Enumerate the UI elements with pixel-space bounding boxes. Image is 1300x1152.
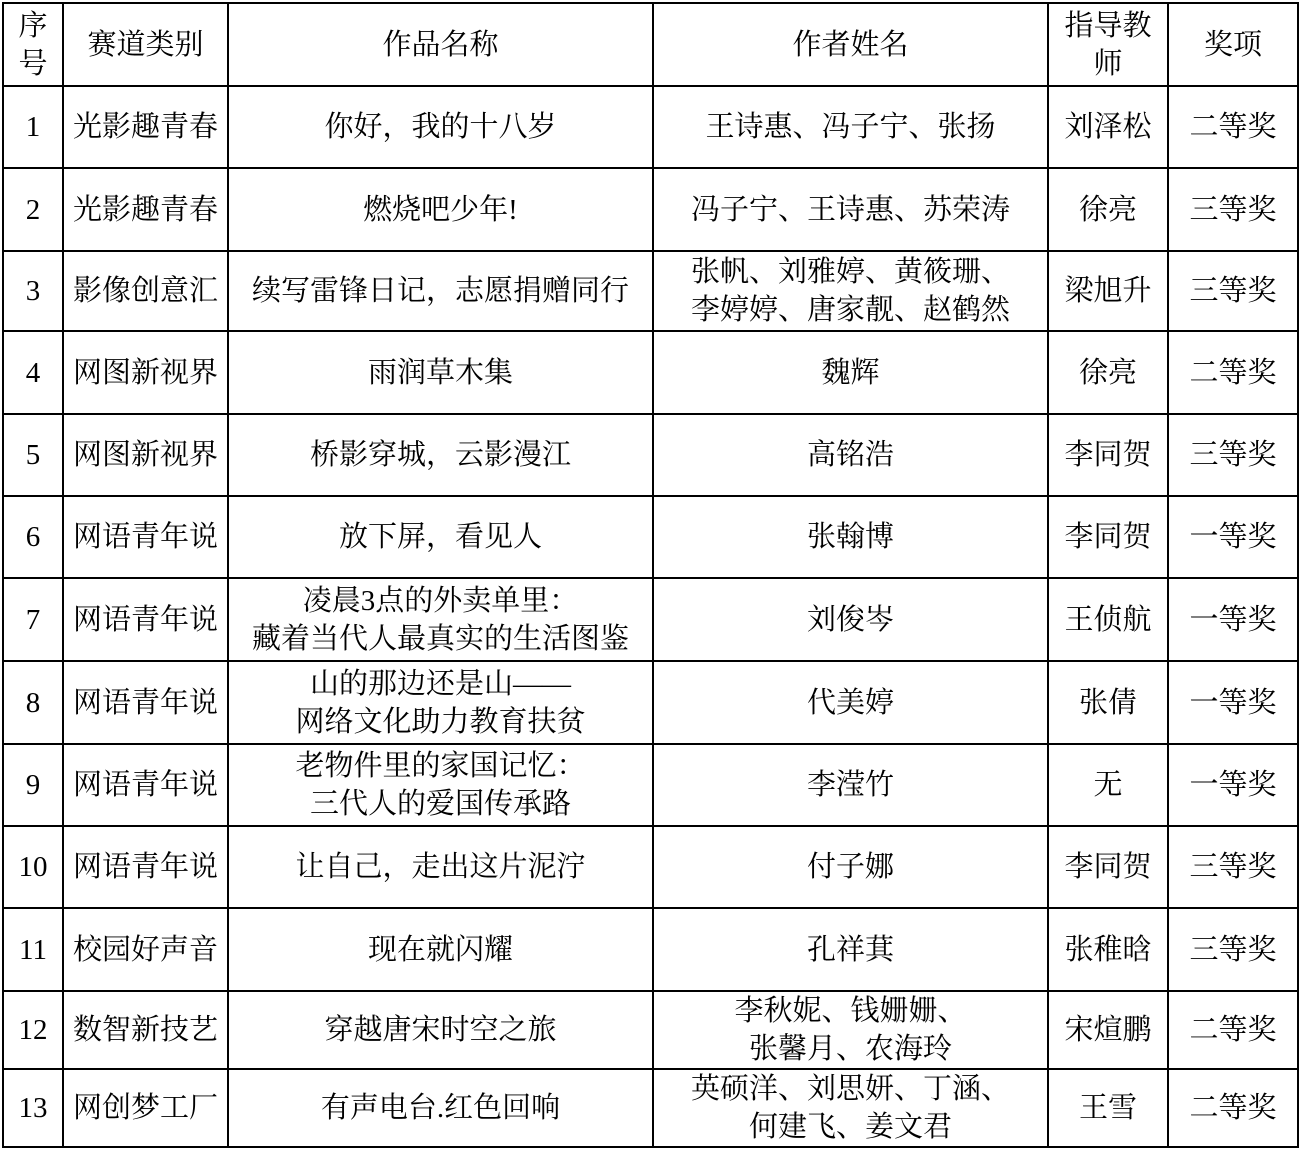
cell-category: 网图新视界: [63, 414, 228, 496]
cell-title: 雨润草木集: [228, 331, 653, 414]
cell-title: 穿越唐宋时空之旅: [228, 991, 653, 1069]
cell-category: 网语青年说: [63, 661, 228, 744]
cell-teacher: 张稚晗: [1048, 908, 1168, 991]
cell-index: 13: [3, 1069, 63, 1147]
cell-teacher: 徐亮: [1048, 168, 1168, 251]
cell-teacher: 宋煊鹏: [1048, 991, 1168, 1069]
col-header-authors: 作者姓名: [653, 3, 1048, 86]
cell-award: 二等奖: [1168, 991, 1298, 1069]
cell-award: 一等奖: [1168, 661, 1298, 744]
cell-teacher: 徐亮: [1048, 331, 1168, 414]
cell-award: 一等奖: [1168, 578, 1298, 661]
col-header-category: 赛道类别: [63, 3, 228, 86]
cell-authors: 代美婷: [653, 661, 1048, 744]
cell-category: 光影趣青春: [63, 168, 228, 251]
cell-teacher: 无: [1048, 744, 1168, 826]
table-row: 3影像创意汇续写雷锋日记，志愿捐赠同行张帆、刘雅婷、黄筱珊、 李婷婷、唐家靓、赵…: [3, 251, 1298, 331]
cell-authors: 王诗惠、冯子宁、张扬: [653, 86, 1048, 168]
awards-table: 序号 赛道类别 作品名称 作者姓名 指导教师 奖项 1光影趣青春你好，我的十八岁…: [2, 2, 1299, 1148]
cell-title: 老物件里的家国记忆： 三代人的爱国传承路: [228, 744, 653, 826]
col-header-award: 奖项: [1168, 3, 1298, 86]
cell-teacher: 刘泽松: [1048, 86, 1168, 168]
col-header-index: 序号: [3, 3, 63, 86]
cell-index: 9: [3, 744, 63, 826]
cell-category: 网图新视界: [63, 331, 228, 414]
cell-index: 2: [3, 168, 63, 251]
cell-title: 让自己，走出这片泥泞: [228, 826, 653, 908]
table-body: 1光影趣青春你好，我的十八岁王诗惠、冯子宁、张扬刘泽松二等奖2光影趣青春燃烧吧少…: [3, 86, 1298, 1147]
table-row: 13网创梦工厂有声电台.红色回响英硕洋、刘思妍、丁涵、 何建飞、姜文君王雪二等奖: [3, 1069, 1298, 1147]
cell-authors: 李秋妮、钱姗姗、 张馨月、农海玲: [653, 991, 1048, 1069]
cell-index: 10: [3, 826, 63, 908]
awards-table-page: 序号 赛道类别 作品名称 作者姓名 指导教师 奖项 1光影趣青春你好，我的十八岁…: [0, 2, 1300, 1152]
cell-title: 桥影穿城，云影漫江: [228, 414, 653, 496]
col-header-title: 作品名称: [228, 3, 653, 86]
table-row: 8网语青年说山的那边还是山—— 网络文化助力教育扶贫代美婷张倩一等奖: [3, 661, 1298, 744]
cell-authors: 李滢竹: [653, 744, 1048, 826]
cell-authors: 张帆、刘雅婷、黄筱珊、 李婷婷、唐家靓、赵鹤然: [653, 251, 1048, 331]
cell-category: 影像创意汇: [63, 251, 228, 331]
header-row: 序号 赛道类别 作品名称 作者姓名 指导教师 奖项: [3, 3, 1298, 86]
cell-category: 校园好声音: [63, 908, 228, 991]
cell-category: 光影趣青春: [63, 86, 228, 168]
cell-award: 三等奖: [1168, 908, 1298, 991]
cell-award: 二等奖: [1168, 331, 1298, 414]
cell-category: 数智新技艺: [63, 991, 228, 1069]
cell-title: 山的那边还是山—— 网络文化助力教育扶贫: [228, 661, 653, 744]
table-row: 1光影趣青春你好，我的十八岁王诗惠、冯子宁、张扬刘泽松二等奖: [3, 86, 1298, 168]
cell-category: 网语青年说: [63, 578, 228, 661]
cell-index: 7: [3, 578, 63, 661]
cell-award: 三等奖: [1168, 251, 1298, 331]
cell-authors: 付子娜: [653, 826, 1048, 908]
cell-teacher: 王侦航: [1048, 578, 1168, 661]
table-row: 11校园好声音现在就闪耀孔祥萁张稚晗三等奖: [3, 908, 1298, 991]
cell-title: 燃烧吧少年!: [228, 168, 653, 251]
cell-award: 二等奖: [1168, 1069, 1298, 1147]
cell-index: 12: [3, 991, 63, 1069]
cell-authors: 高铭浩: [653, 414, 1048, 496]
cell-title: 现在就闪耀: [228, 908, 653, 991]
cell-authors: 孔祥萁: [653, 908, 1048, 991]
cell-teacher: 李同贺: [1048, 414, 1168, 496]
cell-award: 二等奖: [1168, 86, 1298, 168]
cell-teacher: 李同贺: [1048, 826, 1168, 908]
cell-award: 三等奖: [1168, 826, 1298, 908]
cell-award: 三等奖: [1168, 414, 1298, 496]
table-row: 5网图新视界桥影穿城，云影漫江高铭浩李同贺三等奖: [3, 414, 1298, 496]
cell-title: 你好，我的十八岁: [228, 86, 653, 168]
cell-award: 三等奖: [1168, 168, 1298, 251]
cell-title: 凌晨3点的外卖单里： 藏着当代人最真实的生活图鉴: [228, 578, 653, 661]
cell-authors: 刘俊岑: [653, 578, 1048, 661]
cell-title: 续写雷锋日记，志愿捐赠同行: [228, 251, 653, 331]
table-row: 9网语青年说老物件里的家国记忆： 三代人的爱国传承路李滢竹无一等奖: [3, 744, 1298, 826]
table-row: 2光影趣青春燃烧吧少年!冯子宁、王诗惠、苏荣涛徐亮三等奖: [3, 168, 1298, 251]
cell-title: 有声电台.红色回响: [228, 1069, 653, 1147]
table-row: 6网语青年说放下屏，看见人张翰博李同贺一等奖: [3, 496, 1298, 578]
cell-index: 11: [3, 908, 63, 991]
table-row: 12数智新技艺穿越唐宋时空之旅李秋妮、钱姗姗、 张馨月、农海玲宋煊鹏二等奖: [3, 991, 1298, 1069]
cell-authors: 魏辉: [653, 331, 1048, 414]
cell-authors: 张翰博: [653, 496, 1048, 578]
table-row: 4网图新视界雨润草木集魏辉徐亮二等奖: [3, 331, 1298, 414]
cell-index: 5: [3, 414, 63, 496]
cell-teacher: 张倩: [1048, 661, 1168, 744]
cell-title: 放下屏，看见人: [228, 496, 653, 578]
cell-authors: 冯子宁、王诗惠、苏荣涛: [653, 168, 1048, 251]
cell-category: 网语青年说: [63, 496, 228, 578]
cell-category: 网语青年说: [63, 826, 228, 908]
cell-index: 1: [3, 86, 63, 168]
cell-authors: 英硕洋、刘思妍、丁涵、 何建飞、姜文君: [653, 1069, 1048, 1147]
cell-index: 6: [3, 496, 63, 578]
cell-teacher: 王雪: [1048, 1069, 1168, 1147]
cell-teacher: 梁旭升: [1048, 251, 1168, 331]
cell-teacher: 李同贺: [1048, 496, 1168, 578]
cell-category: 网创梦工厂: [63, 1069, 228, 1147]
col-header-teacher: 指导教师: [1048, 3, 1168, 86]
table-row: 7网语青年说凌晨3点的外卖单里： 藏着当代人最真实的生活图鉴刘俊岑王侦航一等奖: [3, 578, 1298, 661]
cell-award: 一等奖: [1168, 496, 1298, 578]
cell-index: 4: [3, 331, 63, 414]
cell-category: 网语青年说: [63, 744, 228, 826]
cell-award: 一等奖: [1168, 744, 1298, 826]
cell-index: 3: [3, 251, 63, 331]
table-row: 10网语青年说让自己，走出这片泥泞付子娜李同贺三等奖: [3, 826, 1298, 908]
cell-index: 8: [3, 661, 63, 744]
